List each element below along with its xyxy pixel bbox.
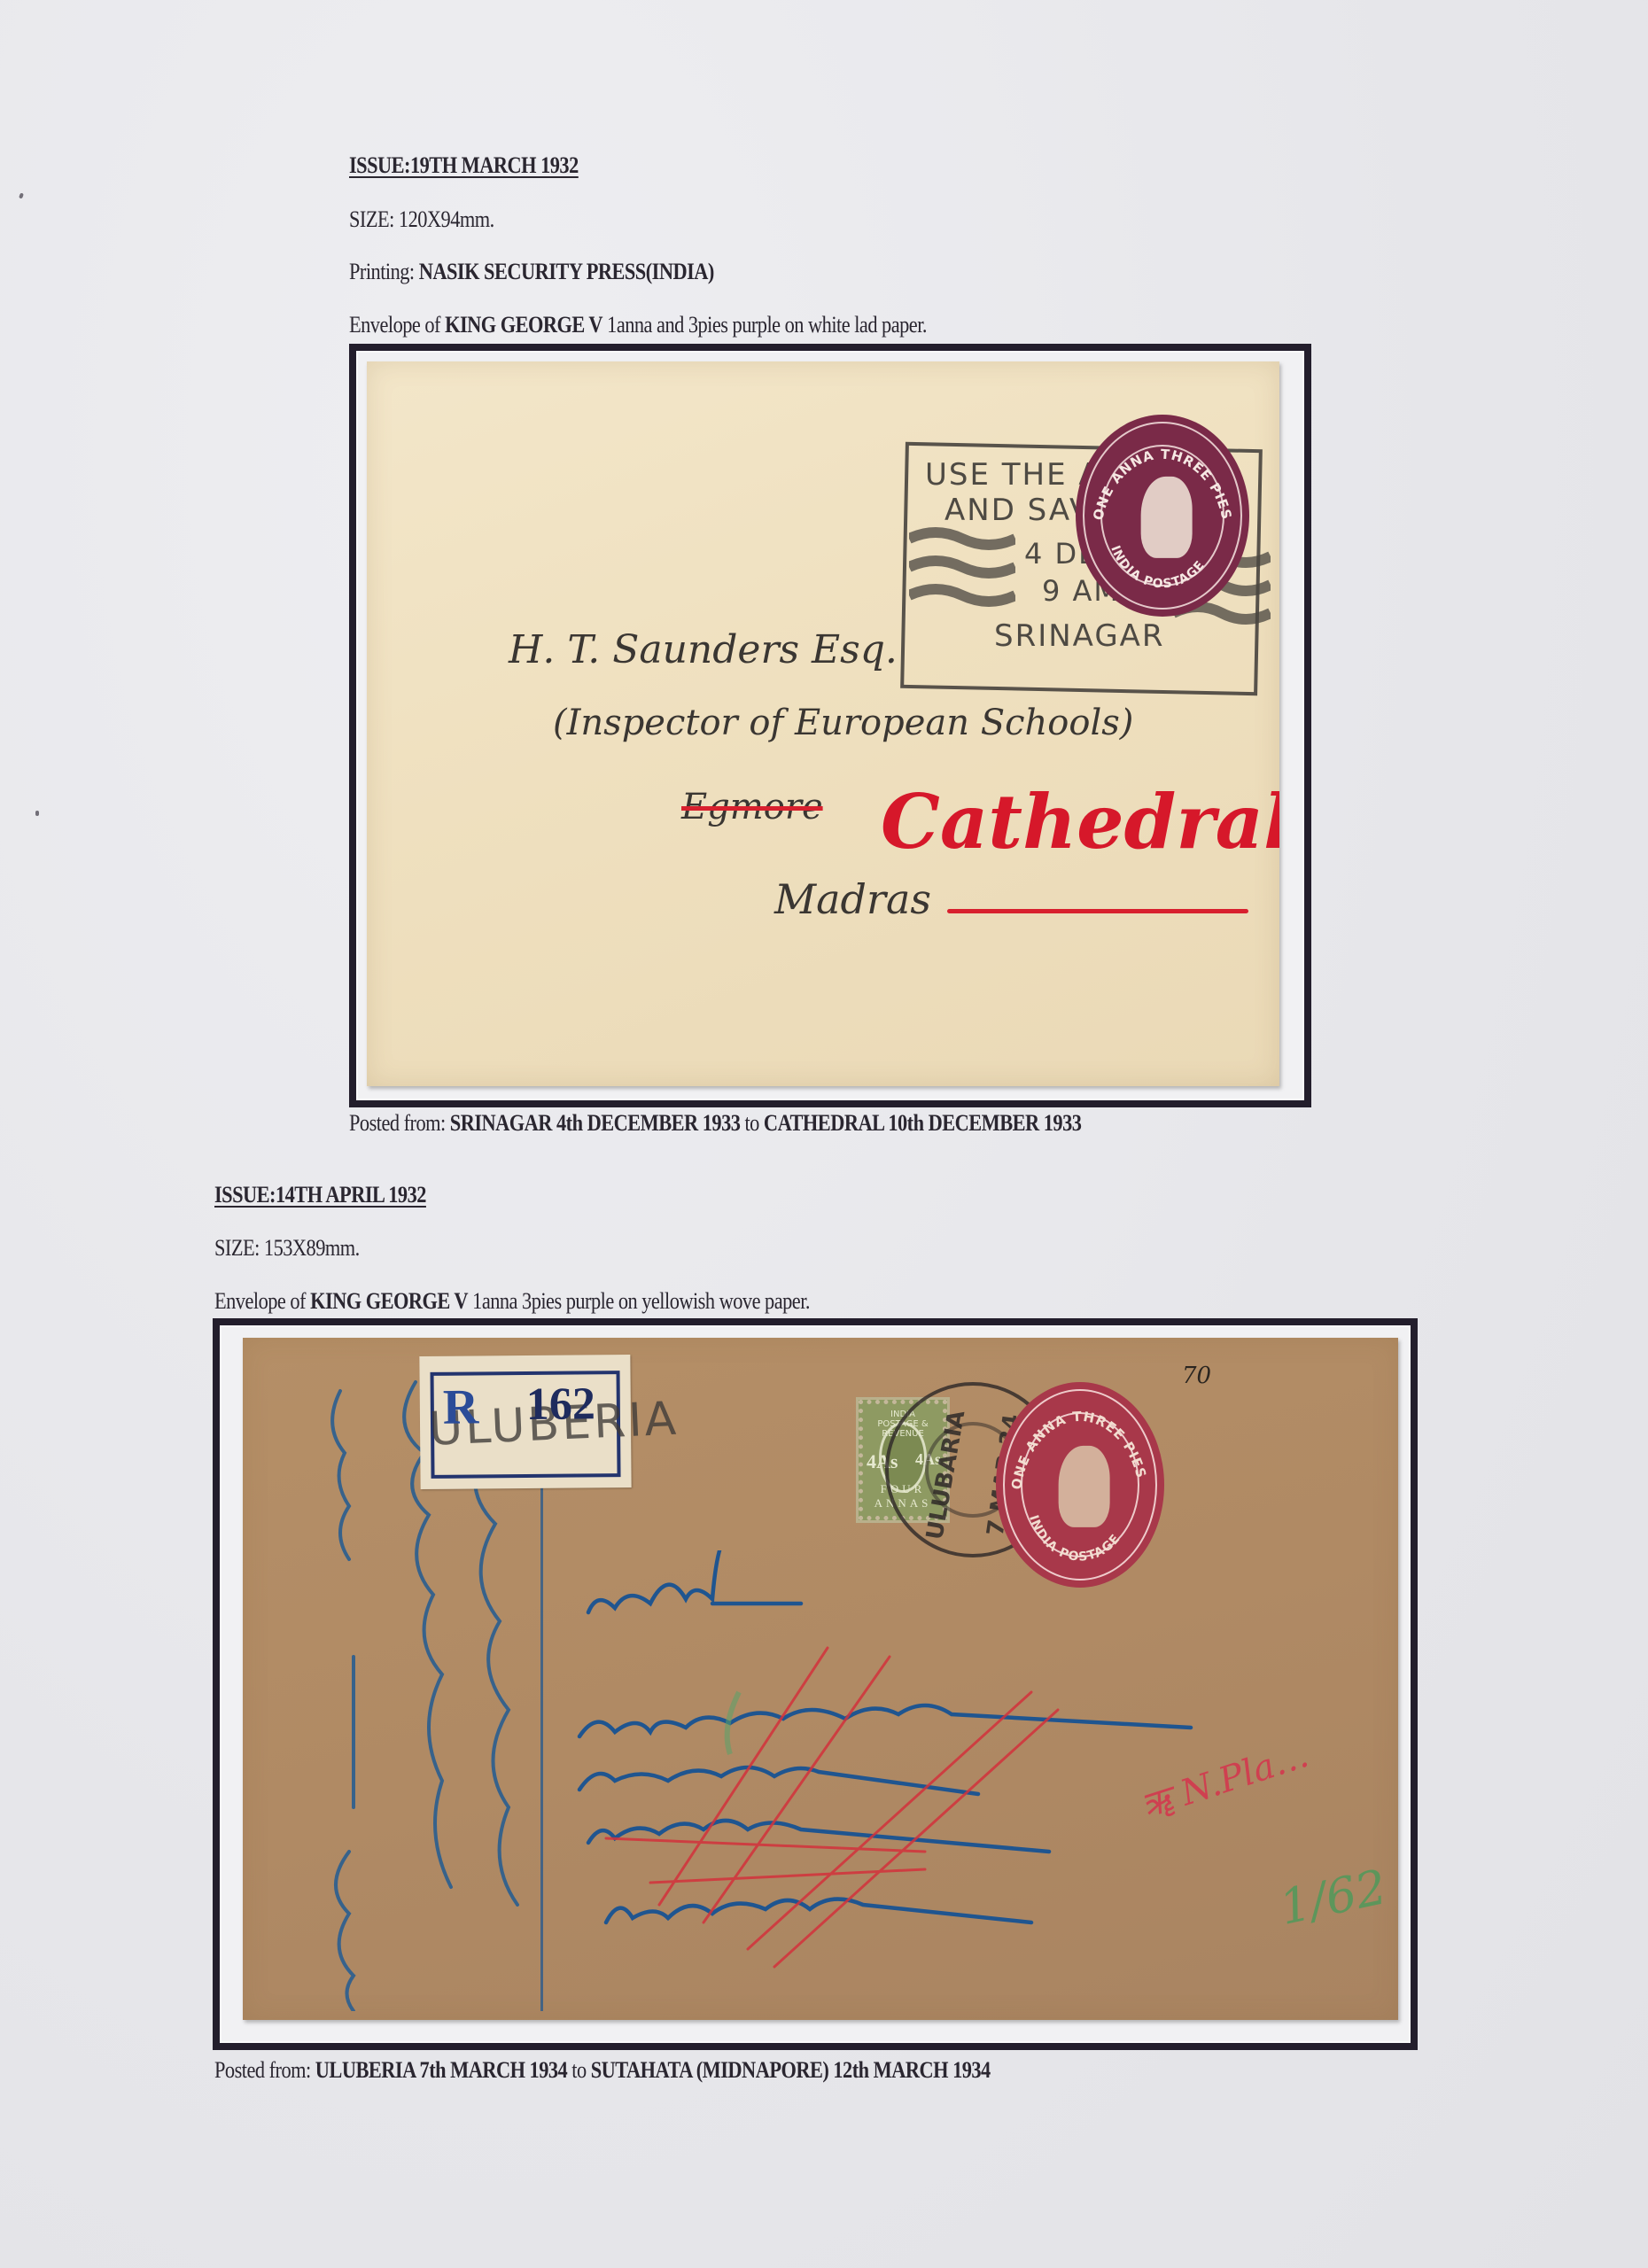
pencil-note: 70: [1182, 1363, 1211, 1389]
issue-heading-1: ISSUE:19TH MARCH 1932: [349, 152, 579, 179]
address-title: (Inspector of European Schools): [553, 703, 1133, 743]
size-value: 153X89mm.: [264, 1235, 360, 1261]
indicium-top-text: ONE ANNA THREE PIES: [1090, 447, 1235, 522]
description-subject: KING GEORGE V: [445, 312, 602, 338]
wavy-cancel-lines-left: [909, 521, 1015, 618]
description-prefix: Envelope of: [349, 312, 440, 338]
size-value: 120X94mm.: [399, 206, 494, 232]
posted-origin: ULUBERIA 7th MARCH 1934: [315, 2057, 567, 2083]
issue-heading-2: ISSUE:14TH APRIL 1932: [214, 1182, 426, 1208]
posted-line-2: Posted from: ULUBERIA 7th MARCH 1934 to …: [214, 2057, 991, 2084]
indicium-top-text: ONE ANNA THREE PIES: [1008, 1409, 1149, 1491]
registration-number: 162: [526, 1378, 596, 1431]
printing-line: Printing: NASIK SECURITY PRESS(INDIA): [349, 259, 714, 285]
indicium-text-ring: ONE ANNA THREE PIES INDIA POSTAGE: [1076, 415, 1249, 617]
posted-destination: CATHEDRAL 10th DECEMBER 1933: [764, 1110, 1081, 1136]
address-redirect: Cathedral: [881, 778, 1279, 866]
description-prefix: Envelope of: [214, 1288, 306, 1314]
posted-prefix: Posted from:: [214, 2057, 311, 2083]
description-subject: KING GEORGE V: [310, 1288, 468, 1314]
address-name: H. T. Saunders Esq.: [509, 627, 898, 672]
size-line-2: SIZE: 153X89mm.: [214, 1235, 360, 1262]
description-suffix: 1anna 3pies purple on yellowish wove pap…: [472, 1288, 810, 1314]
envelope-frame-2: ULUBERIA R 162 INDIA POSTAGE & REVENUE 4…: [213, 1318, 1418, 2050]
posted-origin: SRINAGAR 4th DECEMBER 1933: [450, 1110, 741, 1136]
envelope-2: ULUBERIA R 162 INDIA POSTAGE & REVENUE 4…: [243, 1338, 1398, 2020]
indicium-bottom-text: INDIA POSTAGE: [1108, 544, 1208, 592]
printing-label: Printing:: [349, 259, 415, 284]
svg-text:ONE ANNA THREE PIES: ONE ANNA THREE PIES: [1008, 1409, 1149, 1491]
svg-text:INDIA POSTAGE: INDIA POSTAGE: [1108, 544, 1208, 592]
registration-letter: R: [443, 1379, 479, 1435]
posted-prefix: Posted from:: [349, 1110, 446, 1136]
size-line-1: SIZE: 120X94mm.: [349, 206, 494, 233]
address-city: Madras: [774, 875, 931, 923]
posted-to: to: [571, 2057, 586, 2083]
svg-text:ONE ANNA THREE PIES: ONE ANNA THREE PIES: [1090, 447, 1235, 522]
registration-label: ULUBERIA R 162: [419, 1355, 631, 1489]
address-struck-line: Egmore: [681, 787, 823, 827]
posted-to: to: [744, 1110, 758, 1136]
cancel-town: SRINAGAR: [994, 618, 1165, 654]
size-label: SIZE:: [349, 206, 394, 232]
envelope-1: USE THE AIR MAIL AND SAVE TIME 4 DEC 33 …: [367, 361, 1279, 1086]
size-label: SIZE:: [214, 1235, 260, 1261]
description-line-1: Envelope of KING GEORGE V 1anna and 3pie…: [349, 312, 927, 338]
description-line-2: Envelope of KING GEORGE V 1anna 3pies pu…: [214, 1288, 810, 1315]
red-underline: [947, 909, 1248, 913]
description-suffix: 1anna and 3pies purple on white lad pape…: [607, 312, 927, 338]
envelope-frame-1: USE THE AIR MAIL AND SAVE TIME 4 DEC 33 …: [349, 344, 1311, 1107]
posted-destination: SUTAHATA (MIDNAPORE) 12th MARCH 1934: [591, 2057, 991, 2083]
indicium-king-george-v-1: ONE ANNA THREE PIES INDIA POSTAGE: [1076, 415, 1249, 617]
posted-line-1: Posted from: SRINAGAR 4th DECEMBER 1933 …: [349, 1110, 1081, 1137]
paper-speck: [35, 811, 39, 816]
printing-value: NASIK SECURITY PRESS(INDIA): [419, 259, 714, 284]
